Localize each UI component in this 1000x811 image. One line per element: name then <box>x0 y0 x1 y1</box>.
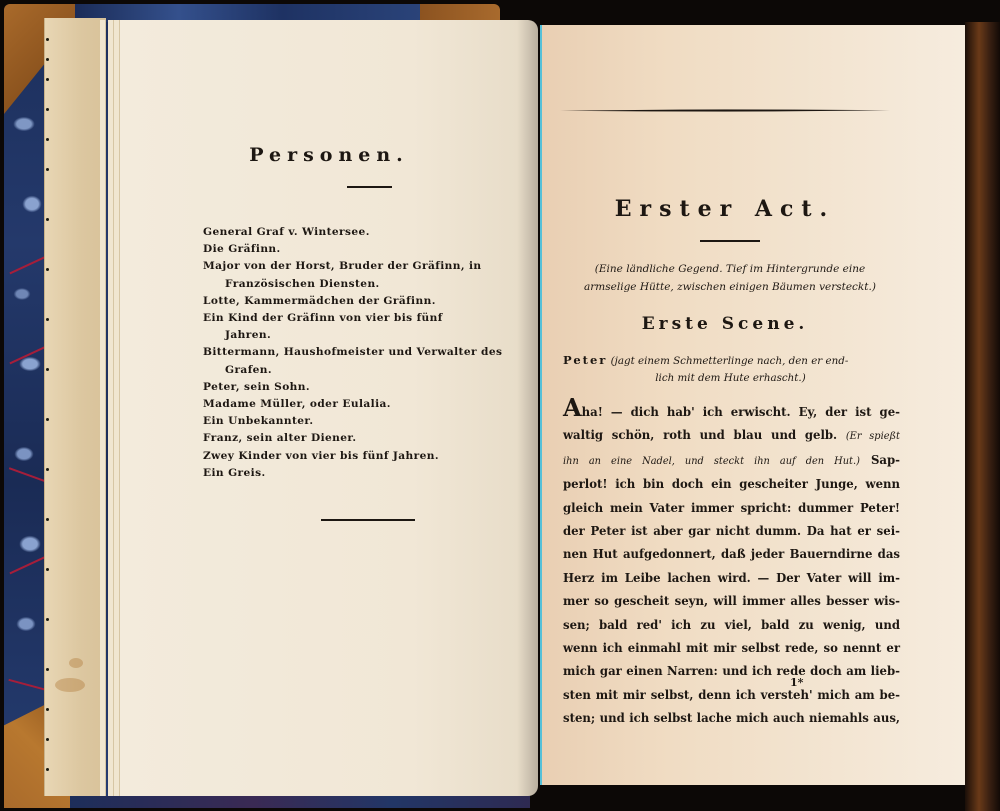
text-line: sen; bald red' ich zu viel, bald zu weni… <box>563 614 900 637</box>
text-line: sten mit mir selbst, denn ich versteh' m… <box>563 684 900 707</box>
text-line: Herz im Leibe lachen wird. — Der Vater w… <box>563 567 900 590</box>
cast-item: General Graf v. Wintersee. <box>203 224 538 241</box>
text-line: perlot! ich bin doch ein gescheiter Jung… <box>563 473 900 496</box>
book-cover-right <box>965 22 1000 811</box>
text-line: ihn an eine Nadel, und steckt ihn auf de… <box>563 449 900 473</box>
heading-rule <box>347 186 392 188</box>
speaker-direction-continued: lich mit dem Hute erhascht.) <box>563 370 898 387</box>
speaker-direction: (jagt einem Schmetterlinge nach, den er … <box>611 355 849 367</box>
scene-title: Erste Scene. <box>560 314 890 334</box>
cast-item: Ein Unbekannter. <box>203 413 538 430</box>
closing-rule <box>321 519 415 521</box>
cast-item: Peter, sein Sohn. <box>203 379 538 396</box>
cast-item: Zwey Kinder von vier bis fünf Jahren. <box>203 448 538 465</box>
stage-aside: ihn an eine Nadel, und steckt ihn auf de… <box>563 456 860 467</box>
cast-item-continuation: Französischen Diensten. <box>203 276 538 293</box>
cast-heading: Personen. <box>120 144 538 166</box>
act-title-rule <box>700 240 760 242</box>
cast-item: Lotte, Kammermädchen der Gräfinn. <box>203 293 538 310</box>
text-line: der Peter ist aber gar nicht dumm. Da ha… <box>563 520 900 543</box>
speaker-name: Peter <box>563 353 607 367</box>
text-line: Aha! — dich hab' ich erwischt. Ey, der i… <box>563 398 900 424</box>
stage-aside: (Er spießt <box>846 431 900 442</box>
text-line-content: ha! — dich hab' ich erwischt. Ey, der is… <box>582 405 900 419</box>
dialogue-text: Aha! — dich hab' ich erwischt. Ey, der i… <box>563 398 900 731</box>
text-line: gleich mein Vater immer spricht: dummer … <box>563 497 900 520</box>
cast-item: Ein Kind der Gräfinn von vier bis fünf <box>203 310 538 327</box>
signature-mark: 1* <box>790 676 803 689</box>
speaker-heading: Peter (jagt einem Schmetterlinge nach, d… <box>563 352 898 387</box>
cover-bottom-marbled-edge <box>70 796 530 808</box>
stage-direction-line: (Eine ländliche Gegend. Tief im Hintergr… <box>560 260 900 278</box>
cast-item: Major von der Horst, Bruder der Gräfinn,… <box>203 258 538 275</box>
cast-item: Die Gräfinn. <box>203 241 538 258</box>
text-line-content: waltig schön, roth und blau und gelb. <box>563 428 837 442</box>
cast-item-continuation: Jahren. <box>203 327 538 344</box>
cast-item-continuation: Grafen. <box>203 362 538 379</box>
stage-direction-line: armselige Hütte, zwischen einigen Bäumen… <box>560 278 900 296</box>
page-edge <box>100 20 106 796</box>
text-line: waltig schön, roth und blau und gelb. (E… <box>563 424 900 448</box>
cast-item: Ein Greis. <box>203 465 538 482</box>
endpaper <box>44 18 106 796</box>
cast-item: Bittermann, Haushofmeister und Verwalter… <box>203 344 538 361</box>
text-line: mich gar einen Narren: und ich rede doch… <box>563 660 900 683</box>
cast-item: Madame Müller, oder Eulalia. <box>203 396 538 413</box>
stage-direction: (Eine ländliche Gegend. Tief im Hintergr… <box>560 260 900 296</box>
cast-item: Franz, sein alter Diener. <box>203 430 538 447</box>
text-line: nen Hut aufgedonnert, daß jeder Bauerndi… <box>563 543 900 566</box>
drop-cap: A <box>563 393 582 422</box>
cast-list: General Graf v. Wintersee. Die Gräfinn. … <box>203 224 538 482</box>
act-title: Erster Act. <box>560 196 890 222</box>
text-line: mer so gescheit seyn, will immer alles b… <box>563 590 900 613</box>
text-line-content: Sap- <box>871 453 900 467</box>
text-line: wenn ich einmahl mit mir selbst rede, so… <box>563 637 900 660</box>
text-line: sten; und ich selbst lache mich auch nie… <box>563 707 900 730</box>
